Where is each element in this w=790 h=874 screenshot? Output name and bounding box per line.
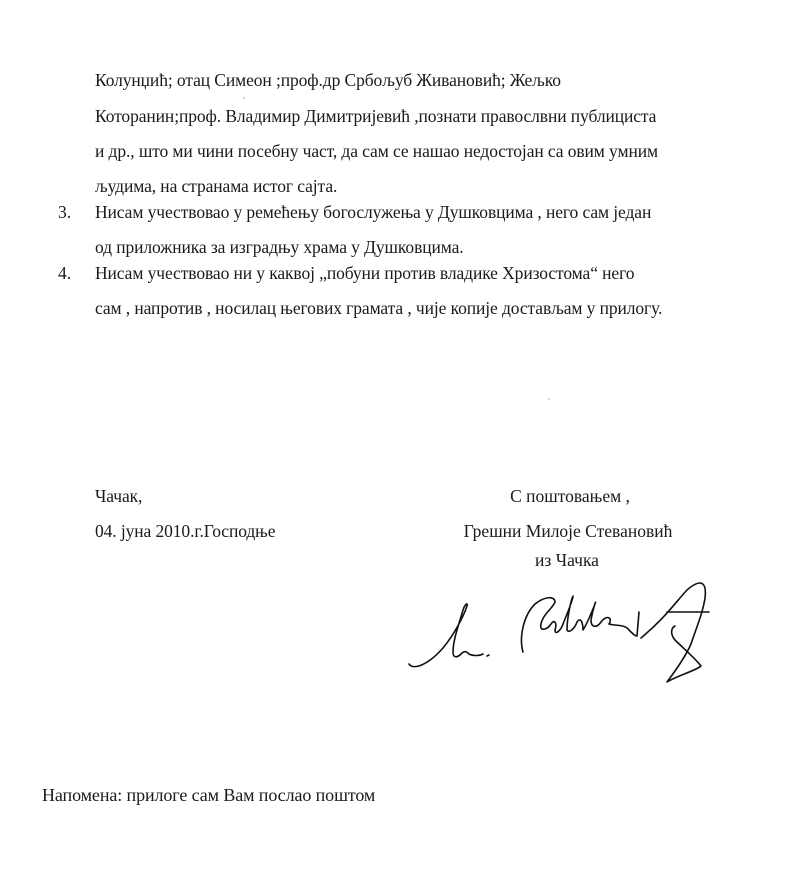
list-item-4-line-1: Нисам учествовао ни у каквој „побуни про… bbox=[95, 263, 634, 283]
list-item-3-line-2: од приложника за изградњу храма у Душков… bbox=[95, 237, 464, 257]
sender-origin: из Чачка bbox=[535, 550, 599, 570]
date: 04. јуна 2010.г.Господње bbox=[95, 521, 275, 541]
note: Напомена: прилоге сам Вам послао поштом bbox=[42, 785, 375, 805]
paragraph-line-2: Которанин;проф. Владимир Димитријевић ,п… bbox=[95, 106, 656, 126]
sender-name: Грешни Милоје Стевановић bbox=[464, 521, 673, 541]
signature-icon bbox=[405, 578, 750, 683]
place: Чачак, bbox=[95, 486, 142, 506]
paragraph-line-4: људима, на странама истог сајта. bbox=[95, 176, 337, 196]
list-item-3-line-1: Нисам учествовао у ремећењу богослужења … bbox=[95, 202, 651, 222]
list-item-4-line-2: сам , напротив , носилац његових грамата… bbox=[95, 298, 662, 318]
paragraph-line-3: и др., што ми чини посебну част, да сам … bbox=[95, 141, 658, 161]
closing-salutation: С поштовањем , bbox=[510, 486, 630, 506]
list-item-number-4: 4. bbox=[58, 263, 71, 283]
scan-speck bbox=[243, 97, 245, 99]
list-item-number-3: 3. bbox=[58, 202, 71, 222]
scan-speck bbox=[548, 398, 550, 400]
paragraph-line-1: Колунџић; отац Симеон ;проф.др Србољуб Ж… bbox=[95, 70, 561, 90]
